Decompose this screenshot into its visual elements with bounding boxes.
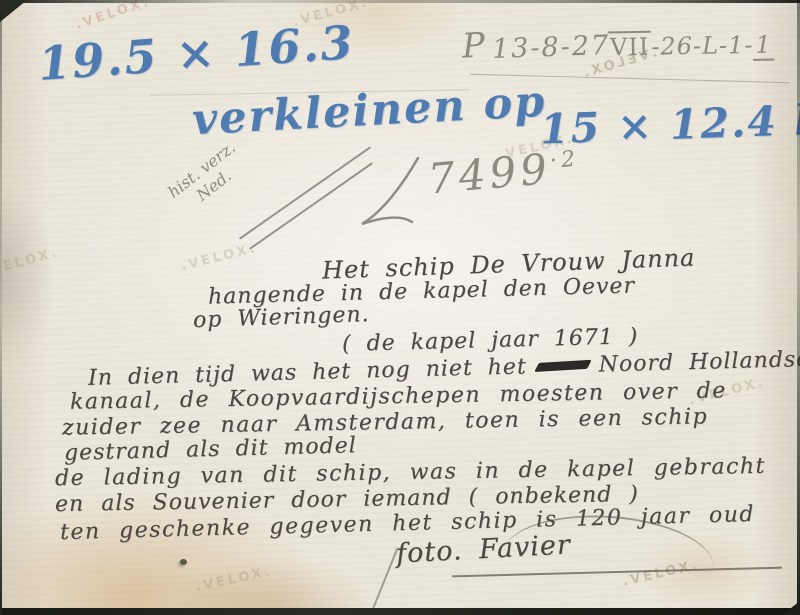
photo-back: .VELOX. .VELOX. .VELOX. .VELOX. .VELOX. … bbox=[0, 0, 800, 615]
blue-target-size: 15 × 12.4 kg bbox=[539, 95, 800, 154]
pencil-catalog-number: VII-26-L-1-1 bbox=[608, 31, 774, 62]
catalog-last-digit: 1 bbox=[753, 31, 774, 61]
catalog-roman-numeral: VII bbox=[608, 31, 652, 62]
photo-edge-bottom bbox=[0, 608, 800, 615]
photo-edge-top bbox=[0, 0, 800, 3]
crossed-out-word bbox=[534, 359, 592, 371]
ink-line-5b: Noord Hollandsche bbox=[598, 346, 800, 377]
pencil-date: 13-8-27 bbox=[491, 30, 610, 65]
negative-number-suffix: ·2 bbox=[549, 146, 580, 173]
pencil-date-prefix: P bbox=[461, 25, 486, 66]
catalog-middle: -26-L-1- bbox=[651, 31, 754, 61]
ink-speck bbox=[180, 559, 187, 565]
photo-edge-left bbox=[0, 0, 2, 615]
pencil-check-mark bbox=[352, 152, 436, 236]
